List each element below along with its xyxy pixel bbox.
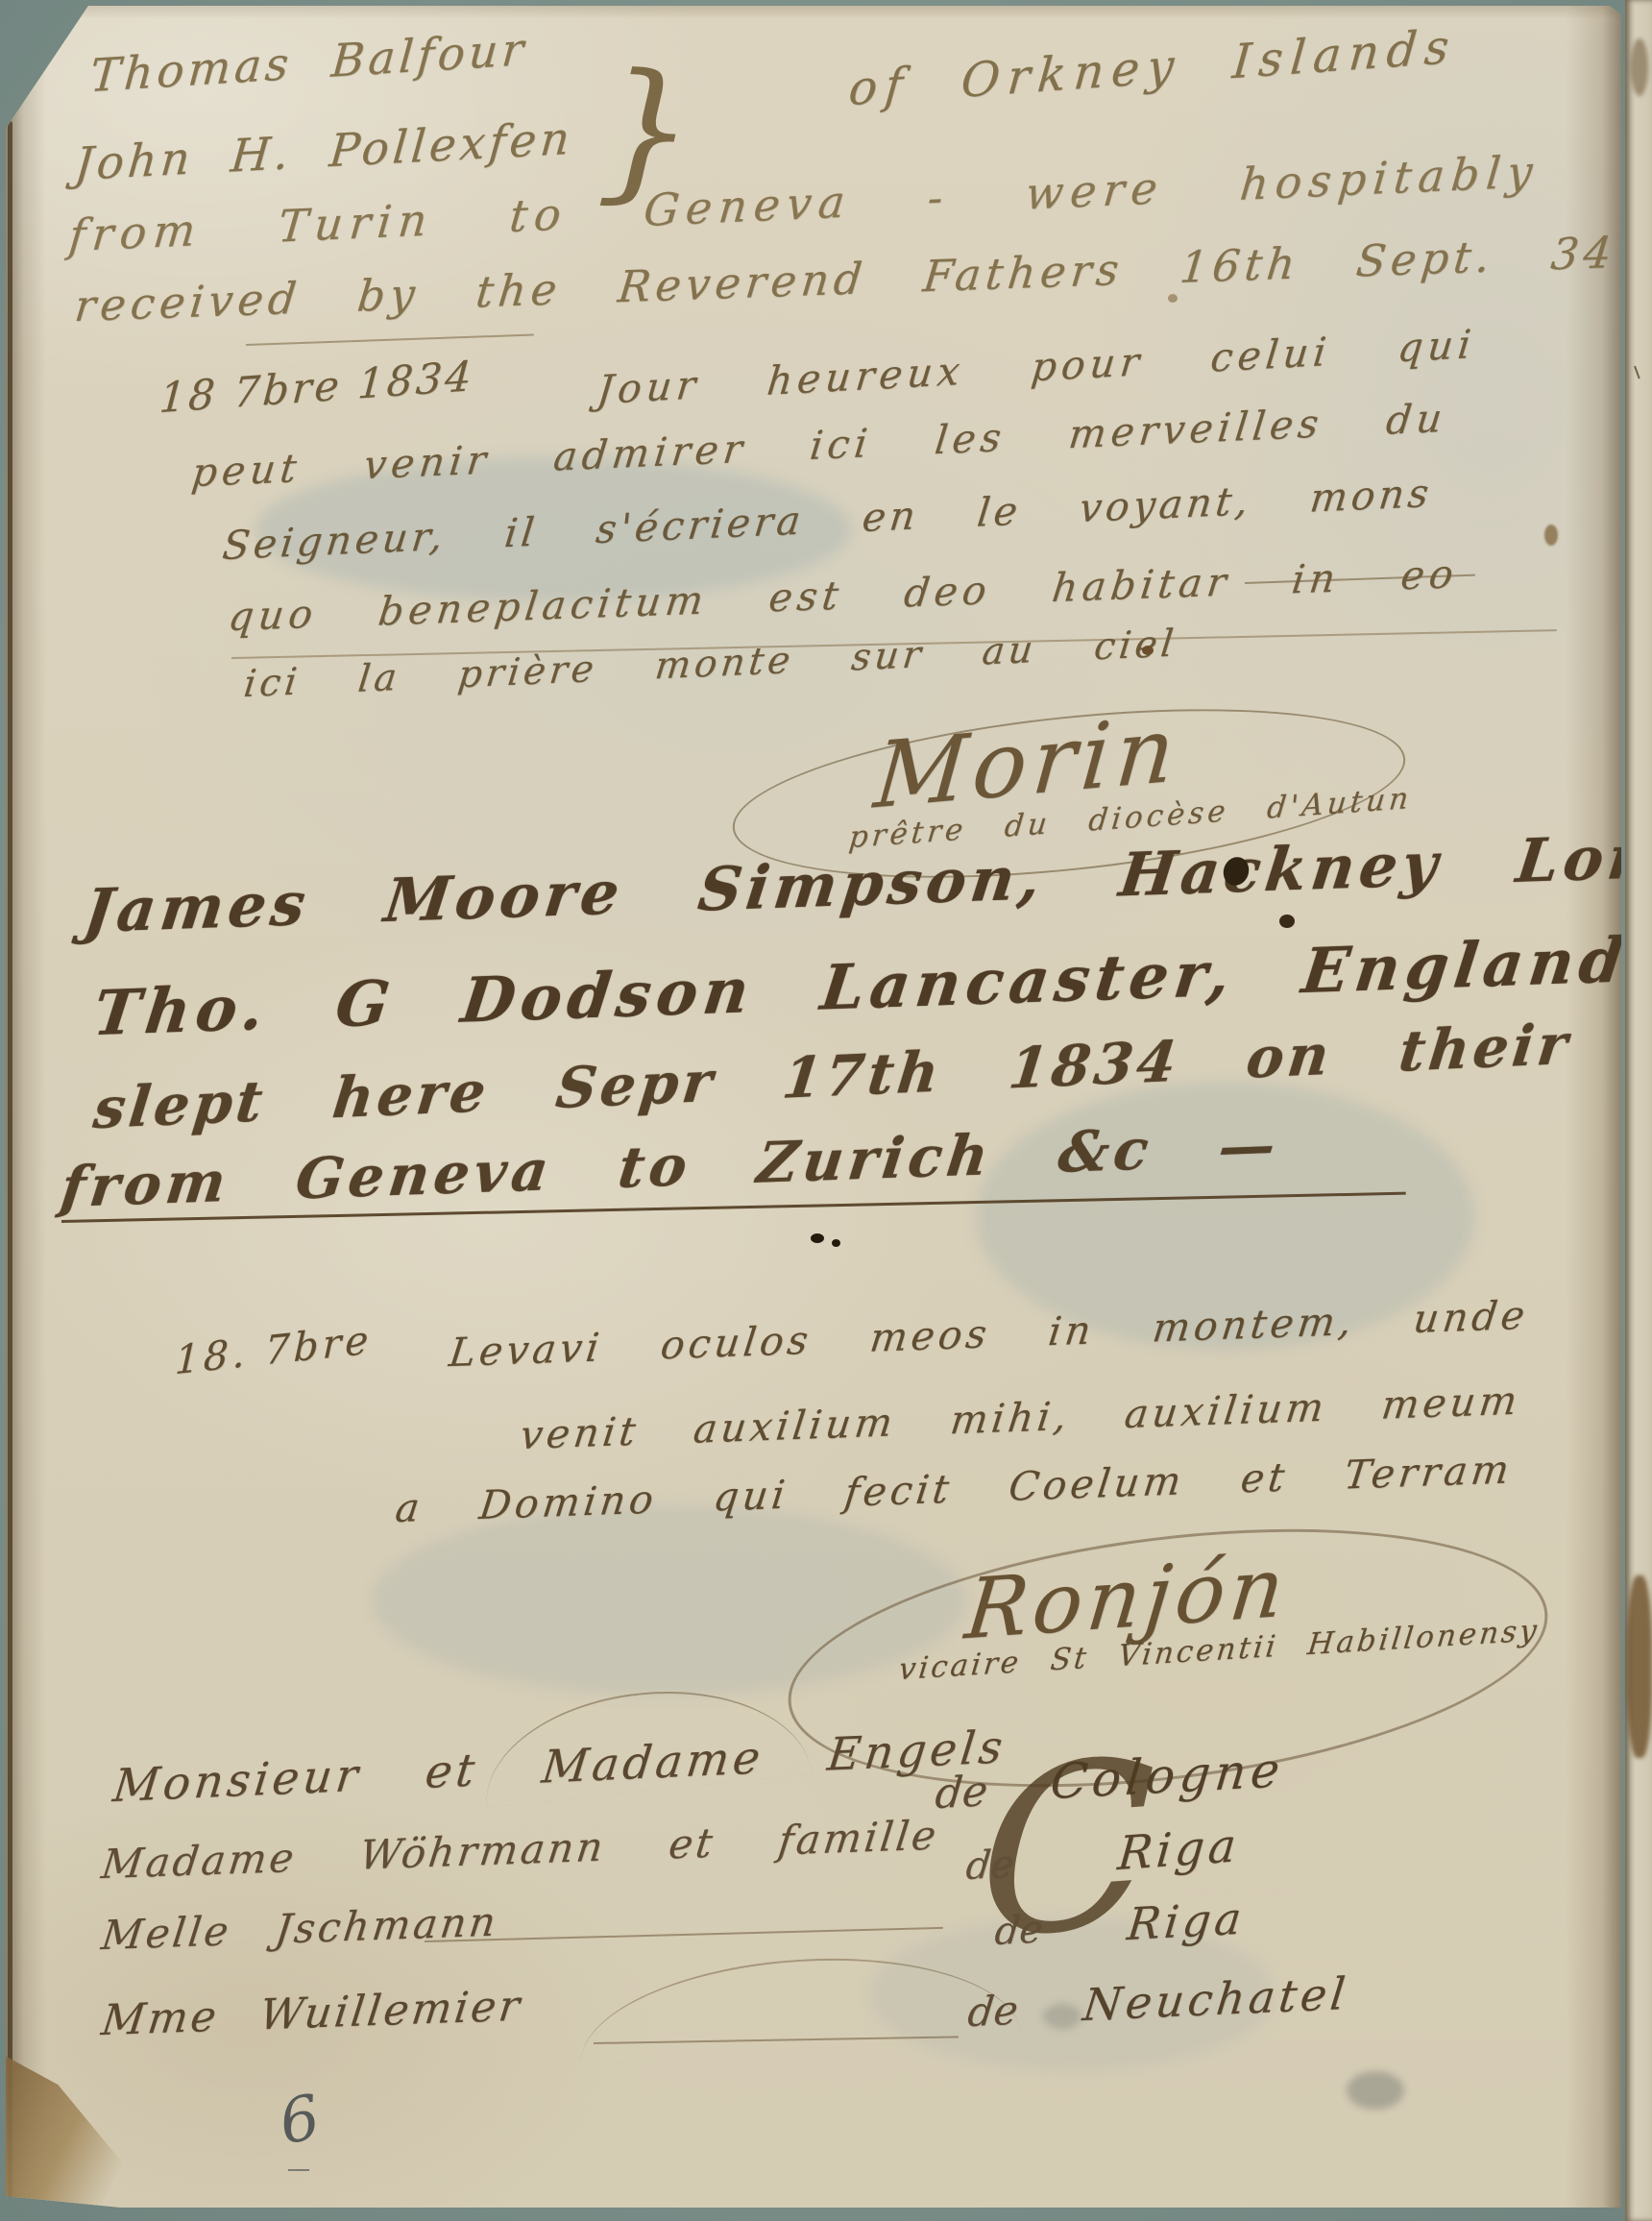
entry2-date: 18 7bre 1834 bbox=[158, 353, 475, 423]
photo-backdrop: Thomas Balfour } of Orkney Islands John … bbox=[0, 0, 1652, 2221]
arrivals-row4-place: Neuchatel bbox=[1081, 1967, 1351, 2031]
corner-stain bbox=[6, 2050, 159, 2208]
arrivals-row2-sep: de bbox=[964, 1842, 1016, 1889]
adjacent-page-stain bbox=[1631, 38, 1648, 96]
adjacent-page-stain bbox=[1627, 1575, 1652, 1758]
smudge bbox=[1043, 2004, 1081, 2029]
ink-speck bbox=[811, 1233, 824, 1243]
entry4-line-2: venit auxilium mihi, auxilium meum bbox=[518, 1378, 1523, 1459]
entry2-line-5: ici la prière monte sur au ciel bbox=[241, 622, 1178, 706]
arrivals-row3-name: Melle Jschmann bbox=[99, 1897, 501, 1959]
pencil-page-number: 6 bbox=[275, 2082, 326, 2159]
entry4-line-1: Levavi oculos meos in montem, unde bbox=[447, 1292, 1531, 1376]
entry4-line-3: a Domino qui fecit Coelum et Terram bbox=[393, 1446, 1516, 1531]
adjacent-page-edge bbox=[1625, 0, 1652, 2221]
page-left-edge bbox=[8, 121, 12, 2201]
adjacent-page-ink-fragment bbox=[1634, 366, 1640, 379]
smudge bbox=[1347, 2071, 1404, 2110]
entry1-origin: of Orkney Islands bbox=[846, 19, 1458, 117]
guestbook-page: Thomas Balfour } of Orkney Islands John … bbox=[6, 6, 1621, 2208]
arrivals-row2-place: Riga bbox=[1116, 1818, 1242, 1881]
pencil-dash bbox=[288, 2169, 309, 2171]
ink-speck bbox=[832, 1239, 840, 1247]
entry1-name-2: John H. Pollexfen bbox=[73, 112, 576, 192]
ink-dash bbox=[425, 1927, 943, 1942]
ink-dot bbox=[1279, 915, 1295, 928]
arrivals-row2-name: Madame Wöhrmann et famille bbox=[99, 1811, 941, 1888]
ink-dot bbox=[1142, 646, 1154, 655]
arrivals-row3-sep: de bbox=[993, 1907, 1045, 1954]
foxing-spot bbox=[1544, 525, 1558, 546]
arrivals-row4-sep: de bbox=[965, 1987, 1020, 2037]
entry4-date: 18. 7bre bbox=[174, 1316, 373, 1383]
foxing-spot bbox=[1168, 294, 1178, 303]
arrivals-row4-name: Mme Wuillemier bbox=[99, 1982, 525, 2046]
page-fold-crease bbox=[1566, 6, 1621, 2208]
entry1-name-1: Thomas Balfour bbox=[88, 23, 529, 103]
ink-underline bbox=[246, 334, 534, 346]
arrivals-row3-place: Riga bbox=[1125, 1892, 1248, 1950]
